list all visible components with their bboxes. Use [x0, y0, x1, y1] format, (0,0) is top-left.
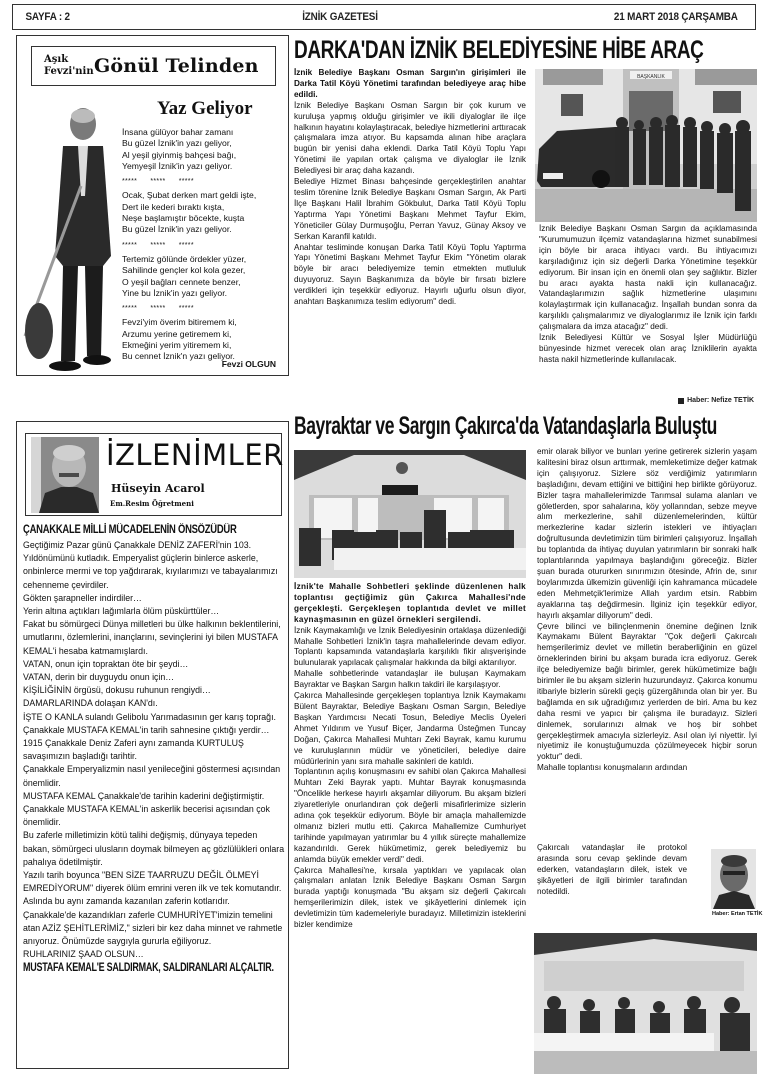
paragraph: Fakat bu sömürgeci Dünya milletleri bu ü… — [23, 618, 285, 658]
article-column: emir olarak biliyor ve bunları yerine ge… — [537, 447, 757, 774]
paragraph: VATAN, derin bir duyguydu onun için… — [23, 671, 285, 684]
article-photo-meeting-table — [294, 450, 526, 578]
poet-figure-icon — [23, 106, 113, 376]
paragraph: İznik Belediye Başkanı Osman Sargın da a… — [539, 224, 757, 333]
paragraph: RUHLARINIZ ŞAAD OLSUN… — [23, 948, 285, 961]
izlenimler-column-box: İZLENİMLER Hüseyin Acarol Em.Resim Öğret… — [16, 421, 289, 1069]
column-title: Gönül Telinden — [94, 55, 259, 77]
article-lead: İznik Belediye Başkanı Osman Sargın'ın g… — [294, 68, 526, 101]
paragraph: Geçtiğimiz Pazar günü Çanakkale DENİZ ZA… — [23, 539, 285, 592]
paragraph: Mahalle toplantısı konuşmaların ardından — [537, 763, 757, 774]
reporter-portrait-icon — [711, 849, 756, 909]
paragraph: Çevre bilinci ve bilinçlenmenin önemine … — [537, 622, 757, 764]
paragraph: VATAN, onun için topraktan öte bir şeydi… — [23, 658, 285, 671]
article-photo-audience — [534, 933, 757, 1074]
paragraph: Toplantının açılış konuşmasını ev sahibi… — [294, 767, 526, 865]
article-headline: DARKA'DAN İZNİK BELEDİYESİNE HİBE ARAÇ — [294, 36, 645, 65]
poem-stanza: İnsana gülüyor bahar zamanı Bu güzel İzn… — [122, 127, 287, 172]
article-byline: Haber: Nefize TETİK — [678, 397, 754, 404]
paragraph: Yazılı tarih boyunca "BEN SİZE TAARRUZU … — [23, 869, 285, 895]
paragraph: emir olarak biliyor ve bunları yerine ge… — [537, 447, 757, 622]
article-column: İznik'te Mahalle Sohbetleri şeklinde düz… — [294, 582, 526, 931]
article-column: İznik Belediye Başkanı Osman Sargın'ın g… — [294, 68, 526, 308]
paragraph: 1915 Çanakkale Deniz Zaferi aynı zamanda… — [23, 737, 285, 763]
paragraph: KİŞİLİĞİNİN örgüsü, dokusu ruhunun rengi… — [23, 684, 285, 697]
article-column-tail: Çakırcalı vatandaşlar ile protokol arası… — [537, 843, 687, 898]
article-column: İznik Belediye Başkanı Osman Sargın da a… — [539, 224, 757, 366]
paragraph: Çakırca Mahallesi'ne, kırsala yaptıkları… — [294, 866, 526, 931]
columnist-portrait-icon — [31, 437, 99, 513]
reporter-caption: Haber: Ertan TETİK — [712, 911, 762, 917]
article-lead: İznik'te Mahalle Sohbetleri şeklinde düz… — [294, 582, 526, 626]
poem-stanza: Ocak, Şubat derken mart geldi işte, Dert… — [122, 190, 287, 235]
paragraph: Anahtar tesliminde konuşan Darka Tatil K… — [294, 243, 526, 308]
stanza-separator: ***** ***** ***** — [122, 176, 287, 187]
article-headline: Bayraktar ve Sargın Çakırca'da Vatandaşl… — [294, 412, 617, 441]
paragraph: DAMARLARINDA dolaşan KAN'dı. — [23, 697, 285, 710]
column-closing-slogan: MUSTAFA KEMAL'E SALDIRMAK, SALDIRANLARI … — [23, 962, 227, 975]
paragraph: Bu zaferle milletimizin kötü talihi deği… — [23, 829, 285, 869]
paragraph: Çanakkale MUSTAFA KEMAL'in tarih sahnesi… — [23, 724, 285, 737]
paragraph: Gökten şarapneller indirdiler… — [23, 592, 285, 605]
poem-stanza: Tertemiz gölünde ördekler yüzer, Sahilin… — [122, 254, 287, 299]
page-number: SAYFA : 2 — [25, 11, 69, 23]
article-photo-vehicle-handover: BAŞKANLIK — [535, 69, 757, 222]
paragraph: İŞTE O KANLA sulandı Gelibolu Yarımadası… — [23, 711, 285, 724]
column-title: İZLENİMLER — [106, 438, 284, 472]
meeting-hall-photo-icon — [294, 450, 526, 578]
paragraph: Yerin altına açtıkları lağımlarla ölüm p… — [23, 605, 285, 618]
poet-photo — [23, 106, 113, 376]
page-header: SAYFA : 2 İZNİK GAZETESİ 21 MART 2018 ÇA… — [12, 4, 756, 30]
paragraph: Çanakkale'de kazandıkları zaferle CUMHUR… — [23, 909, 285, 949]
poem-stanza: Fevzi'yim överim bitiremem ki, Arzumu ye… — [122, 317, 287, 362]
stanza-separator: ***** ***** ***** — [122, 303, 287, 314]
issue-date: 21 MART 2018 ÇARŞAMBA — [614, 11, 738, 23]
paragraph: İznik Belediyesi Kültür ve Sosyal İşler … — [539, 333, 757, 366]
byline-square-icon — [678, 398, 684, 404]
poem-signature: Fevzi OLGUN — [222, 359, 276, 369]
column-author-label: Aşık Fevzi'nin — [44, 54, 92, 78]
paragraph: Aslında bu aynı zamanda kazanılan zaferi… — [23, 895, 285, 908]
column-body: Geçtiğimiz Pazar günü Çanakkale DENİZ ZA… — [23, 539, 285, 975]
poem-column-box: Aşık Fevzi'nin Gönül Telinden Yaz Geliyo… — [16, 35, 289, 376]
poem-body: İnsana gülüyor bahar zamanı Bu güzel İzn… — [122, 127, 287, 367]
stanza-separator: ***** ***** ***** — [122, 240, 287, 251]
izlenimler-banner: İZLENİMLER Hüseyin Acarol Em.Resim Öğret… — [25, 433, 282, 516]
paragraph: Mahalle sohbetlerinde vatandaşlar ile bu… — [294, 669, 526, 691]
paragraph: İznik Belediye Başkanı Osman Sargın bir … — [294, 101, 526, 177]
column-title-banner: Aşık Fevzi'nin Gönül Telinden — [31, 46, 276, 86]
newspaper-name: İZNİK GAZETESİ — [302, 11, 378, 23]
paragraph: Belediye Hizmet Binası bahçesinde gerçek… — [294, 177, 526, 242]
paragraph: Çanakkale Emperyalizmin nasıl yenileceği… — [23, 763, 285, 789]
paragraph: MUSTAFA KEMAL Çanakkale'de tarihin kader… — [23, 790, 285, 803]
column-headline: ÇANAKKALE MİLLİ MÜCADELENİN ÖNSÖZÜDÜR — [23, 524, 238, 536]
group-with-car-photo-icon: BAŞKANLIK — [535, 69, 757, 222]
svg-text:BAŞKANLIK: BAŞKANLIK — [637, 74, 665, 80]
paragraph: İznik Kaymakamlığı ve İznik Belediyesini… — [294, 626, 526, 670]
columnist-photo — [31, 437, 99, 513]
paragraph: Çakırca Mahallesinde gerçekleşen toplant… — [294, 691, 526, 767]
reporter-photo — [711, 849, 756, 909]
audience-photo-icon — [534, 933, 757, 1074]
columnist-name: Hüseyin Acarol — [111, 482, 205, 495]
poem-title: Yaz Geliyor — [157, 98, 253, 120]
paragraph: Çanakkale MUSTAFA KEMAL'in askerlik bece… — [23, 803, 285, 829]
columnist-role: Em.Resim Öğretmeni — [110, 499, 194, 508]
